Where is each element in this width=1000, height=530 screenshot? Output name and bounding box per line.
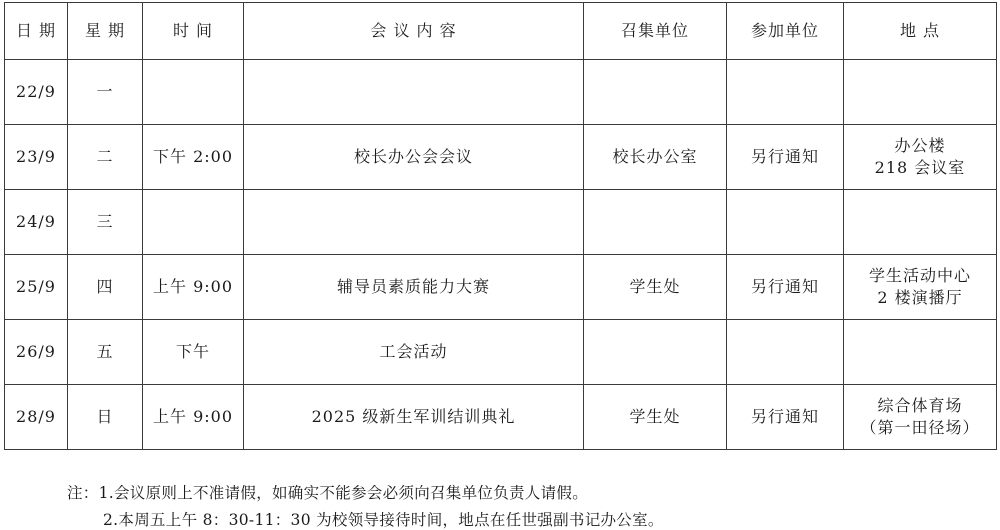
cell-location: 综合体育场（第一田径场） [844, 385, 997, 450]
note-1: 注：1.会议原则上不准请假，如确实不能参会必须向召集单位负责人请假。 [67, 480, 664, 507]
cell-weekday: 日 [68, 385, 143, 450]
cell-content: 2025 级新生军训结训典礼 [244, 385, 584, 450]
cell-time: 下午 2:00 [143, 125, 244, 190]
cell-location: 办公楼218 会议室 [844, 125, 997, 190]
cell-time: 下午 [143, 320, 244, 385]
cell-time [143, 190, 244, 255]
location-line1: 综合体育场 [844, 395, 996, 417]
cell-participants [727, 190, 844, 255]
table-row: 23/9 二 下午 2:00 校长办公会会议 校长办公室 另行通知 办公楼218… [5, 125, 997, 190]
table-row: 26/9 五 下午 工会活动 [5, 320, 997, 385]
note-2: 2.本周五上午 8：30-11：30 为校领导接待时间，地点在任世强副书记办公室… [67, 507, 664, 530]
cell-convener: 校长办公室 [584, 125, 727, 190]
cell-weekday: 三 [68, 190, 143, 255]
header-row: 日 期 星 期 时 间 会 议 内 容 召集单位 参加单位 地 点 [5, 3, 997, 60]
table-row: 24/9 三 [5, 190, 997, 255]
cell-date: 24/9 [5, 190, 68, 255]
cell-location [844, 190, 997, 255]
cell-location: 学生活动中心2 楼演播厅 [844, 255, 997, 320]
location-line2: （第一田径场） [844, 417, 996, 439]
header-date: 日 期 [5, 3, 68, 60]
cell-convener: 学生处 [584, 385, 727, 450]
cell-location [844, 320, 997, 385]
location-line2: 218 会议室 [844, 157, 996, 179]
cell-date: 28/9 [5, 385, 68, 450]
notes-section: 注：1.会议原则上不准请假，如确实不能参会必须向召集单位负责人请假。 2.本周五… [67, 480, 664, 530]
cell-participants: 另行通知 [727, 385, 844, 450]
cell-content: 校长办公会会议 [244, 125, 584, 190]
cell-time: 上午 9:00 [143, 255, 244, 320]
cell-convener [584, 60, 727, 125]
table-row: 28/9 日 上午 9:00 2025 级新生军训结训典礼 学生处 另行通知 综… [5, 385, 997, 450]
location-line1: 办公楼 [844, 135, 996, 157]
cell-convener [584, 320, 727, 385]
cell-content: 辅导员素质能力大赛 [244, 255, 584, 320]
header-content: 会 议 内 容 [244, 3, 584, 60]
cell-participants: 另行通知 [727, 125, 844, 190]
cell-weekday: 四 [68, 255, 143, 320]
cell-date: 22/9 [5, 60, 68, 125]
header-participants: 参加单位 [727, 3, 844, 60]
cell-convener [584, 190, 727, 255]
location-line2: 2 楼演播厅 [844, 287, 996, 309]
meeting-schedule-table: 日 期 星 期 时 间 会 议 内 容 召集单位 参加单位 地 点 22/9 一… [4, 2, 997, 450]
cell-time [143, 60, 244, 125]
cell-content [244, 190, 584, 255]
header-location: 地 点 [844, 3, 997, 60]
cell-weekday: 一 [68, 60, 143, 125]
header-weekday: 星 期 [68, 3, 143, 60]
cell-location [844, 60, 997, 125]
header-time: 时 间 [143, 3, 244, 60]
cell-participants: 另行通知 [727, 255, 844, 320]
cell-date: 26/9 [5, 320, 68, 385]
cell-convener: 学生处 [584, 255, 727, 320]
cell-participants [727, 60, 844, 125]
cell-weekday: 五 [68, 320, 143, 385]
cell-time: 上午 9:00 [143, 385, 244, 450]
location-line1: 学生活动中心 [844, 265, 996, 287]
cell-date: 23/9 [5, 125, 68, 190]
cell-participants [727, 320, 844, 385]
cell-weekday: 二 [68, 125, 143, 190]
header-convener: 召集单位 [584, 3, 727, 60]
table-row: 25/9 四 上午 9:00 辅导员素质能力大赛 学生处 另行通知 学生活动中心… [5, 255, 997, 320]
cell-date: 25/9 [5, 255, 68, 320]
cell-content: 工会活动 [244, 320, 584, 385]
cell-content [244, 60, 584, 125]
table-row: 22/9 一 [5, 60, 997, 125]
